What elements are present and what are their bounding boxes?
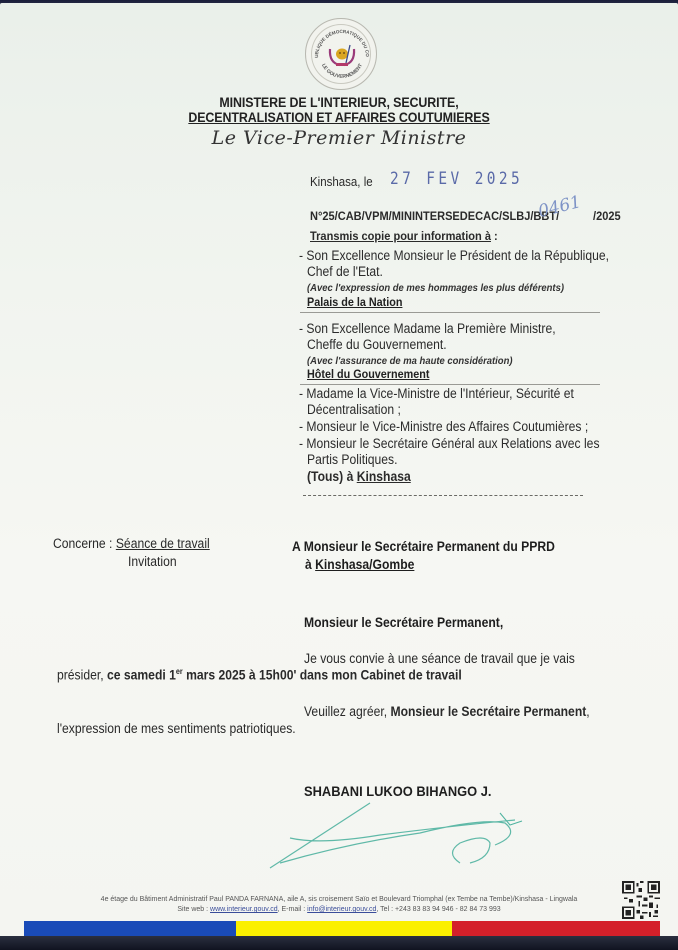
footer-address: 4e étage du Bâtiment Administratif Paul …: [0, 896, 678, 903]
recipient-line1: A Monsieur le Secrétaire Permanent du PP…: [292, 539, 555, 554]
divider: [300, 312, 600, 313]
footer-contacts: Site web : www.interieur.gouv.cd, E-mail…: [0, 906, 678, 913]
closing-addressee: Monsieur le Secrétaire Permanent: [390, 704, 586, 719]
closing-line2: l'expression de mes sentiments patriotiq…: [57, 721, 296, 736]
cc-prime-minister-line2: Cheffe du Gouvernement.: [307, 337, 447, 352]
cc-other-line: Partis Politiques.: [307, 452, 397, 467]
cc-prime-minister-line1: - Son Excellence Madame la Première Mini…: [299, 321, 556, 336]
handwritten-number: 0461: [536, 192, 583, 222]
cc-president-line2: Chef de l'Etat.: [307, 264, 383, 279]
recipient-location: Kinshasa/Gombe: [315, 557, 414, 572]
cc-others-place-city: Kinshasa: [357, 469, 411, 484]
salutation: Monsieur le Secrétaire Permanent,: [304, 615, 503, 630]
subject-block: Concerne : Séance de travail: [53, 536, 210, 551]
national-color-band: [24, 921, 660, 937]
cc-president-line1: - Son Excellence Monsieur le Président d…: [299, 248, 609, 263]
qr-code-icon: [622, 881, 660, 919]
meeting-date: ce samedi 1: [107, 668, 176, 683]
dateline-city: Kinshasa, le: [310, 175, 373, 189]
recipient-line2: à Kinshasa/Gombe: [305, 557, 414, 572]
footer-email-label: , E-mail :: [278, 906, 308, 913]
paragraph1-text: présider,: [57, 668, 107, 683]
band-yellow: [236, 921, 452, 937]
meeting-time-place: mars 2025 à 15h00' dans mon Cabinet de t…: [183, 668, 462, 683]
letter-page: RÉPUBLIQUE DÉMOCRATIQUE DU CONGO LE GOUV…: [0, 3, 678, 938]
divider: [300, 384, 600, 385]
distribution-heading: Transmis copie pour information à :: [310, 229, 498, 243]
paragraph1-line2: présider, ce samedi 1er mars 2025 à 15h0…: [57, 667, 462, 683]
closing-comma: ,: [586, 704, 589, 719]
reference-year: /2025: [593, 209, 621, 223]
cc-other-line: - Monsieur le Vice-Ministre des Affaires…: [299, 419, 588, 434]
subject-label: Concerne :: [53, 536, 112, 551]
ministry-name-line2-text: DECENTRALISATION ET AFFAIRES COUTUMIERES: [188, 110, 489, 125]
paragraph1-line1: Je vous convie à une séance de travail q…: [304, 651, 575, 666]
closing-text: Veuillez agréer,: [304, 704, 390, 719]
photo-bottom-edge: [0, 936, 678, 950]
footer-website-link[interactable]: www.interieur.gouv.cd: [210, 906, 278, 913]
footer-phone: +243 83 83 94 946 - 82 84 73 993: [395, 906, 501, 913]
cc-others-place: (Tous) à Kinshasa: [307, 469, 411, 484]
reference-number: N°25/CAB/VPM/MININTERSEDECAC/SLBJ/BBT/: [310, 209, 559, 223]
band-red: [452, 921, 660, 937]
ministry-name-line2: DECENTRALISATION ET AFFAIRES COUTUMIERES: [27, 110, 651, 125]
cc-other-line: Décentralisation ;: [307, 402, 401, 417]
cc-prime-minister-place: Hôtel du Gouvernement: [307, 367, 429, 381]
subject-line1: Séance de travail: [116, 536, 210, 551]
cc-prime-minister-note: (Avec l'assurance de ma haute considérat…: [307, 355, 512, 367]
meeting-date-superscript: er: [176, 667, 183, 676]
recipient-line2-prefix: à: [305, 557, 315, 572]
band-blue: [24, 921, 236, 937]
cc-president-place: Palais de la Nation: [307, 295, 402, 309]
handwritten-signature: [260, 783, 550, 873]
closing-line1: Veuillez agréer, Monsieur le Secrétaire …: [304, 704, 590, 719]
ministry-name-line1: MINISTERE DE L'INTERIEUR, SECURITE,: [27, 95, 651, 110]
footer-email-link[interactable]: info@interieur.gouv.cd: [307, 906, 376, 913]
coat-of-arms-icon: RÉPUBLIQUE DÉMOCRATIQUE DU CONGO LE GOUV…: [306, 19, 378, 91]
footer-site-label: Site web :: [177, 906, 210, 913]
footer-tel-label: , Tel :: [376, 906, 395, 913]
government-seal: RÉPUBLIQUE DÉMOCRATIQUE DU CONGO LE GOUV…: [305, 18, 377, 90]
date-stamp: 27 FEV 2025: [390, 169, 523, 189]
dashed-divider: [303, 495, 583, 496]
cc-other-line: - Monsieur le Secrétaire Général aux Rel…: [299, 436, 600, 451]
cc-other-line: - Madame la Vice-Ministre de l'Intérieur…: [299, 386, 574, 401]
distribution-heading-text: Transmis copie pour information à: [310, 229, 491, 243]
office-title: Le Vice-Premier Ministre: [0, 127, 678, 149]
subject-line2: Invitation: [128, 554, 177, 569]
distribution-heading-colon: :: [491, 229, 498, 243]
cc-others-place-prefix: (Tous) à: [307, 469, 357, 484]
cc-president-note: (Avec l'expression de mes hommages les p…: [307, 282, 564, 294]
